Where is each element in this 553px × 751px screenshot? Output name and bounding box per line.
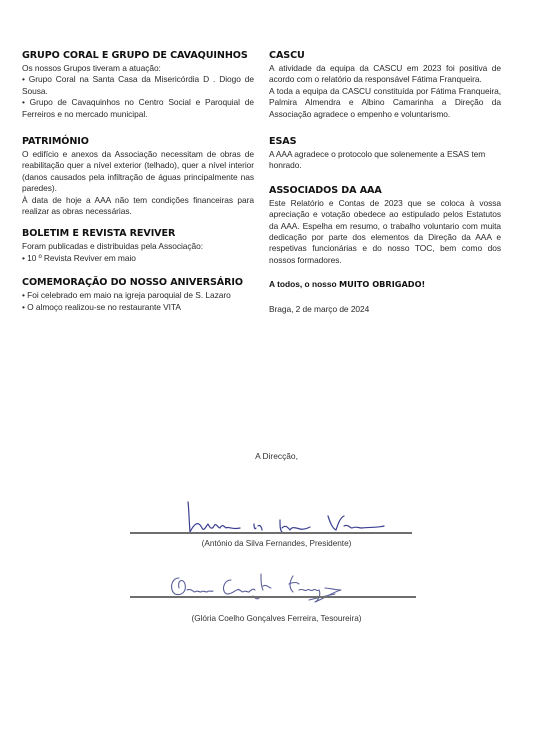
list-item: • Foi celebrado em maio na igreja paroqu…	[22, 290, 254, 301]
section-heading: CASCU	[269, 50, 501, 62]
list-item: • Grupo de Cavaquinhos no Centro Social …	[22, 97, 254, 120]
section-boletim: BOLETIM E REVISTA REVIVER Foram publicad…	[22, 228, 254, 264]
left-column: GRUPO CORAL E GRUPO DE CAVAQUINHOS Os no…	[22, 50, 254, 326]
paragraph: O edifício e anexos da Associação necess…	[22, 149, 254, 195]
section-patrimonio: PATRIMÓNIO O edifício e anexos da Associ…	[22, 136, 254, 217]
treasurer-name: (Glória Coelho Gonçalves Ferreira, Tesou…	[0, 614, 553, 623]
list-item: • Grupo Coral na Santa Casa da Misericór…	[22, 74, 254, 97]
thanks-emphasis: MUITO OBRIGADO!	[339, 279, 425, 289]
paragraph: Este Relatório e Contas de 2023 que se c…	[269, 198, 501, 266]
section-heading: GRUPO CORAL E GRUPO DE CAVAQUINHOS	[22, 50, 254, 62]
treasurer-signature	[165, 568, 365, 608]
paragraph: À data de hoje a AAA não tem condições f…	[22, 195, 254, 218]
president-signature	[180, 498, 400, 536]
section-heading: BOLETIM E REVISTA REVIVER	[22, 228, 254, 240]
thanks-line: A todos, o nosso MUITO OBRIGADO!	[269, 279, 501, 290]
place-date: Braga, 2 de março de 2024	[269, 304, 501, 315]
section-associados: ASSOCIADOS DA AAA Este Relatório e Conta…	[269, 185, 501, 266]
paragraph: A toda a equipa da CASCU constituída por…	[269, 86, 501, 120]
signature-line	[130, 532, 412, 534]
paragraph: A atividade da equipa da CASCU em 2023 f…	[269, 63, 501, 86]
section-grupos: GRUPO CORAL E GRUPO DE CAVAQUINHOS Os no…	[22, 50, 254, 120]
list-item: • 10 º Revista Reviver em maio	[22, 253, 254, 264]
signature-line	[130, 596, 416, 598]
closing-salutation: A Direcção,	[0, 451, 553, 461]
list-item: • O almoço realizou-se no restaurante VI…	[22, 302, 254, 313]
section-intro: Foram publicadas e distribuidas pela Ass…	[22, 241, 254, 252]
section-intro: Os nossos Grupos tiveram a atuação:	[22, 63, 254, 74]
paragraph: A AAA agradece o protocolo que solenemen…	[269, 149, 501, 172]
section-aniversario: COMEMORAÇÃO DO NOSSO ANIVERSÁRIO • Foi c…	[22, 277, 254, 313]
section-heading: PATRIMÓNIO	[22, 136, 254, 148]
section-esas: ESAS A AAA agradece o protocolo que sole…	[269, 136, 501, 172]
section-heading: COMEMORAÇÃO DO NOSSO ANIVERSÁRIO	[22, 277, 254, 289]
section-heading: ASSOCIADOS DA AAA	[269, 185, 501, 197]
right-column: CASCU A atividade da equipa da CASCU em …	[269, 50, 501, 315]
president-name: (António da Silva Fernandes, Presidente)	[0, 539, 553, 548]
section-cascu: CASCU A atividade da equipa da CASCU em …	[269, 50, 501, 120]
section-heading: ESAS	[269, 136, 501, 148]
thanks-lead: A todos, o nosso	[269, 279, 339, 289]
